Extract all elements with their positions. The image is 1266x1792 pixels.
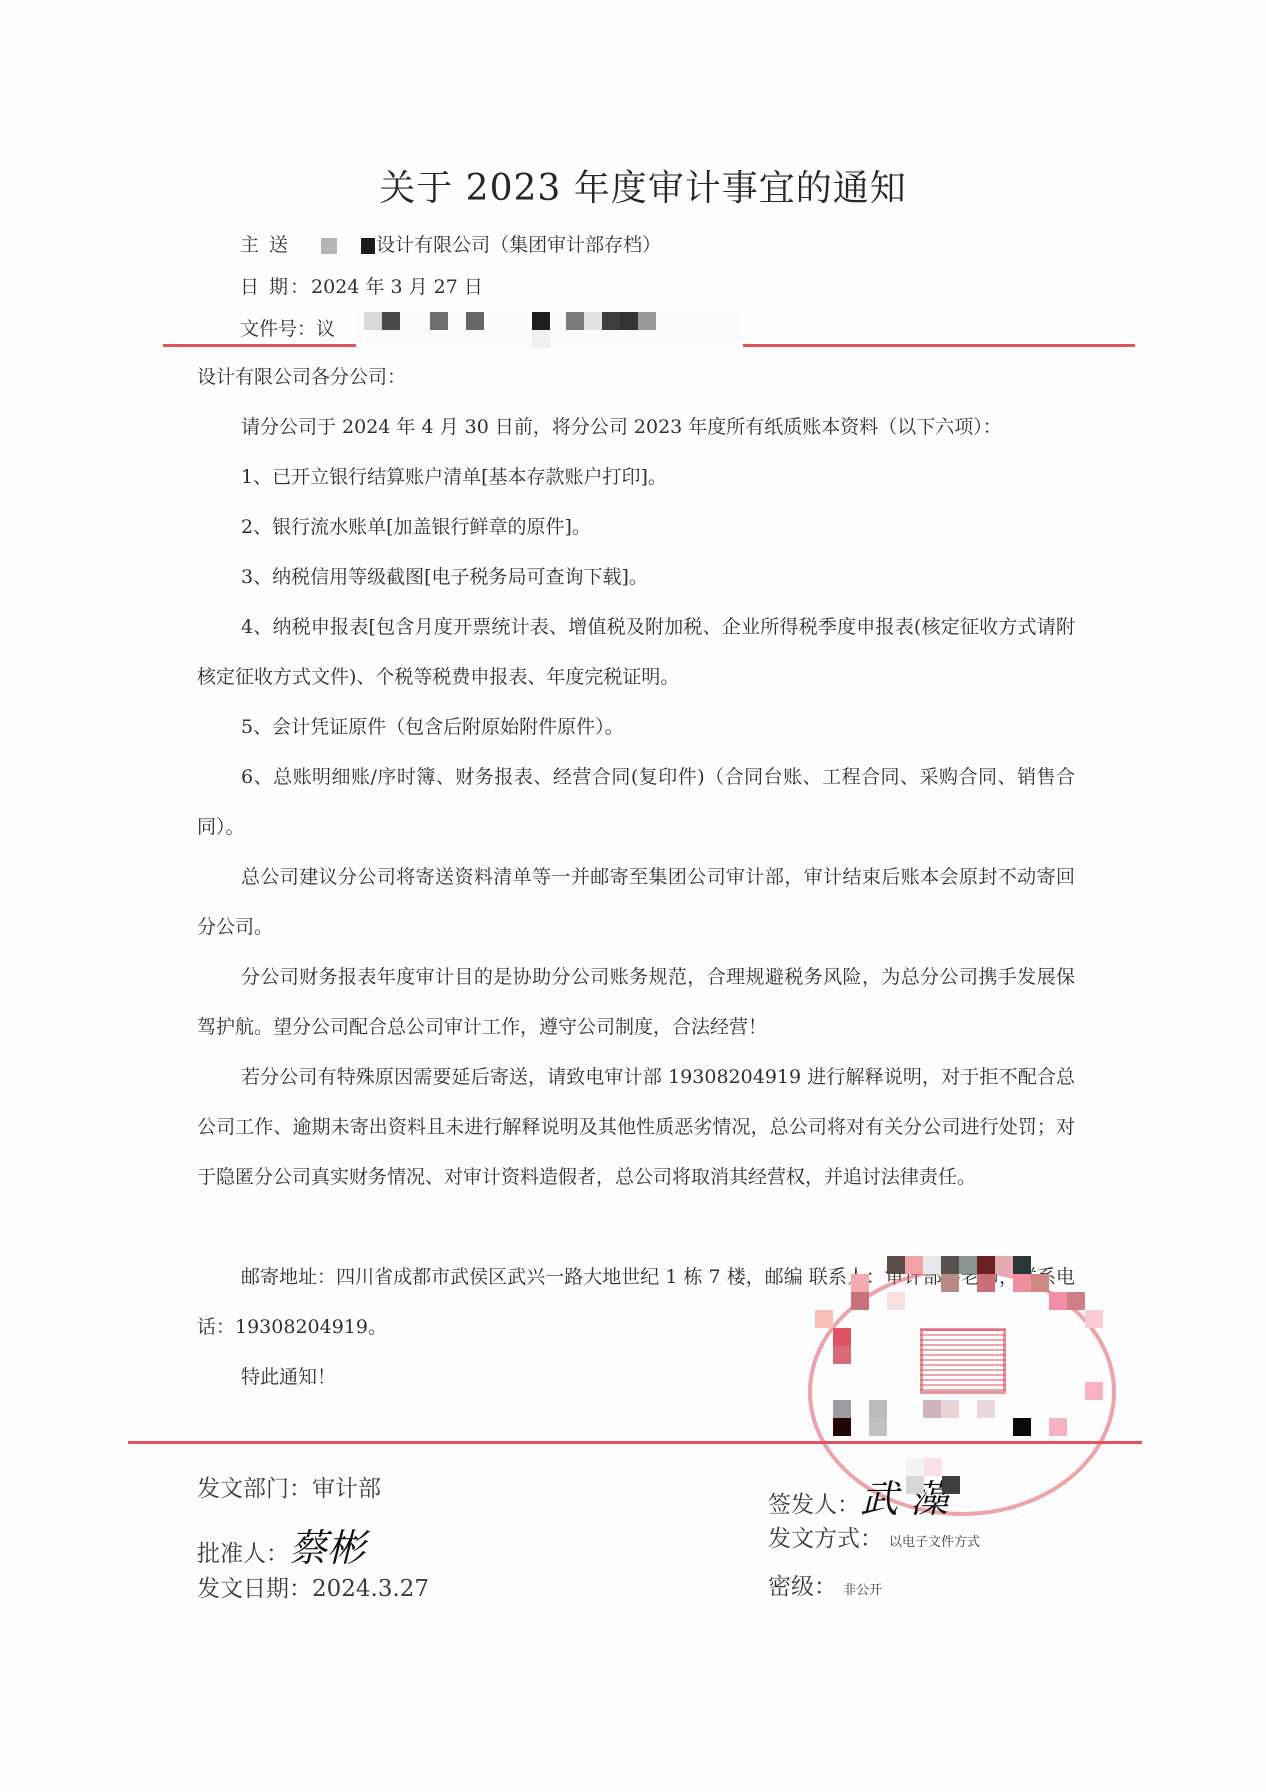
distribution-method-value: 以电子文件方式 xyxy=(889,1535,980,1550)
recipient-label: 主 送 xyxy=(240,234,290,256)
paragraph-mailing-suggestion: 总公司建议分公司将寄送资料清单等一并邮寄至集团公司审计部，审计结束后账本会原封不… xyxy=(197,852,1075,952)
issue-date-line: 发文日期：2024.3.27 xyxy=(197,1570,429,1603)
file-number-label: 文件号： xyxy=(240,318,316,340)
approver-label: 批准人： xyxy=(197,1541,289,1567)
issue-date-value: 2024.3.27 xyxy=(312,1576,429,1602)
issuing-dept-value: 审计部 xyxy=(312,1476,381,1502)
date-label: 日 期： xyxy=(240,276,311,298)
signer-redaction-mosaic xyxy=(906,1458,960,1506)
approver-signature: 蔡彬 xyxy=(289,1526,365,1570)
recipient-line: 主 送 设计有限公司（集团审计部存档） xyxy=(240,230,661,257)
document-title: 关于 2023 年度审计事宜的通知 xyxy=(0,160,1266,211)
list-item-6: 6、总账明细账/序时簿、财务报表、经营合同(复印件)（合同台账、工程合同、采购合… xyxy=(197,752,1075,852)
list-item-5: 5、会计凭证原件（包含后附原始附件原件）。 xyxy=(197,702,1075,752)
secrecy-label: 密级： xyxy=(768,1574,837,1600)
paragraph-audit-purpose: 分公司财务报表年度审计目的是协助分公司账务规范，合理规避税务风险，为总分公司携手… xyxy=(197,952,1075,1052)
paragraph-penalties: 若分公司有特殊原因需要延后寄送，请致电审计部 19308204919 进行解释说… xyxy=(197,1052,1075,1202)
list-item-4: 4、纳税申报表[包含月度开票统计表、增值税及附加税、企业所得税季度申报表(核定征… xyxy=(197,602,1075,702)
header-red-rule-left xyxy=(163,344,356,347)
intro-paragraph: 请分公司于 2024 年 4 月 30 日前，将分公司 2023 年度所有纸质账… xyxy=(197,402,1075,452)
header-red-rule-right xyxy=(743,344,1135,347)
signer-label: 签发人： xyxy=(768,1492,860,1518)
file-number-redaction-mosaic xyxy=(356,308,742,350)
footer-red-rule xyxy=(128,1441,1142,1444)
seal-redaction-mosaic xyxy=(815,1256,1115,1466)
date-line: 日 期：2024 年 3 月 27 日 xyxy=(240,272,483,299)
distribution-method-label: 发文方式： xyxy=(768,1526,883,1552)
secrecy-line: 密级：非公开 xyxy=(768,1568,882,1601)
redaction-mosaic xyxy=(296,236,376,256)
recipient-value: 设计有限公司（集团审计部存档） xyxy=(376,234,661,256)
secrecy-value: 非公开 xyxy=(843,1583,882,1598)
intro-text: 请分公司于 2024 年 4 月 30 日前，将分公司 2023 年度所有纸质账… xyxy=(241,416,1002,438)
file-number-value: 议 xyxy=(316,318,335,340)
approver-line: 批准人：蔡彬 xyxy=(197,1517,365,1572)
issuing-dept-line: 发文部门：审计部 xyxy=(197,1470,381,1503)
salutation: 设计有限公司各分公司： xyxy=(197,352,1075,402)
issue-date-label: 发文日期： xyxy=(197,1576,312,1602)
list-item-1: 1、已开立银行结算账户清单[基本存款账户打印]。 xyxy=(197,452,1075,502)
list-item-2: 2、银行流水账单[加盖银行鲜章的原件]。 xyxy=(197,502,1075,552)
list-item-3: 3、纳税信用等级截图[电子税务局可查询下载]。 xyxy=(197,552,1075,602)
file-number-line: 文件号：议 xyxy=(240,314,335,341)
issuing-dept-label: 发文部门： xyxy=(197,1476,312,1502)
date-value: 2024 年 3 月 27 日 xyxy=(311,276,483,298)
distribution-method-line: 发文方式：以电子文件方式 xyxy=(768,1520,980,1553)
